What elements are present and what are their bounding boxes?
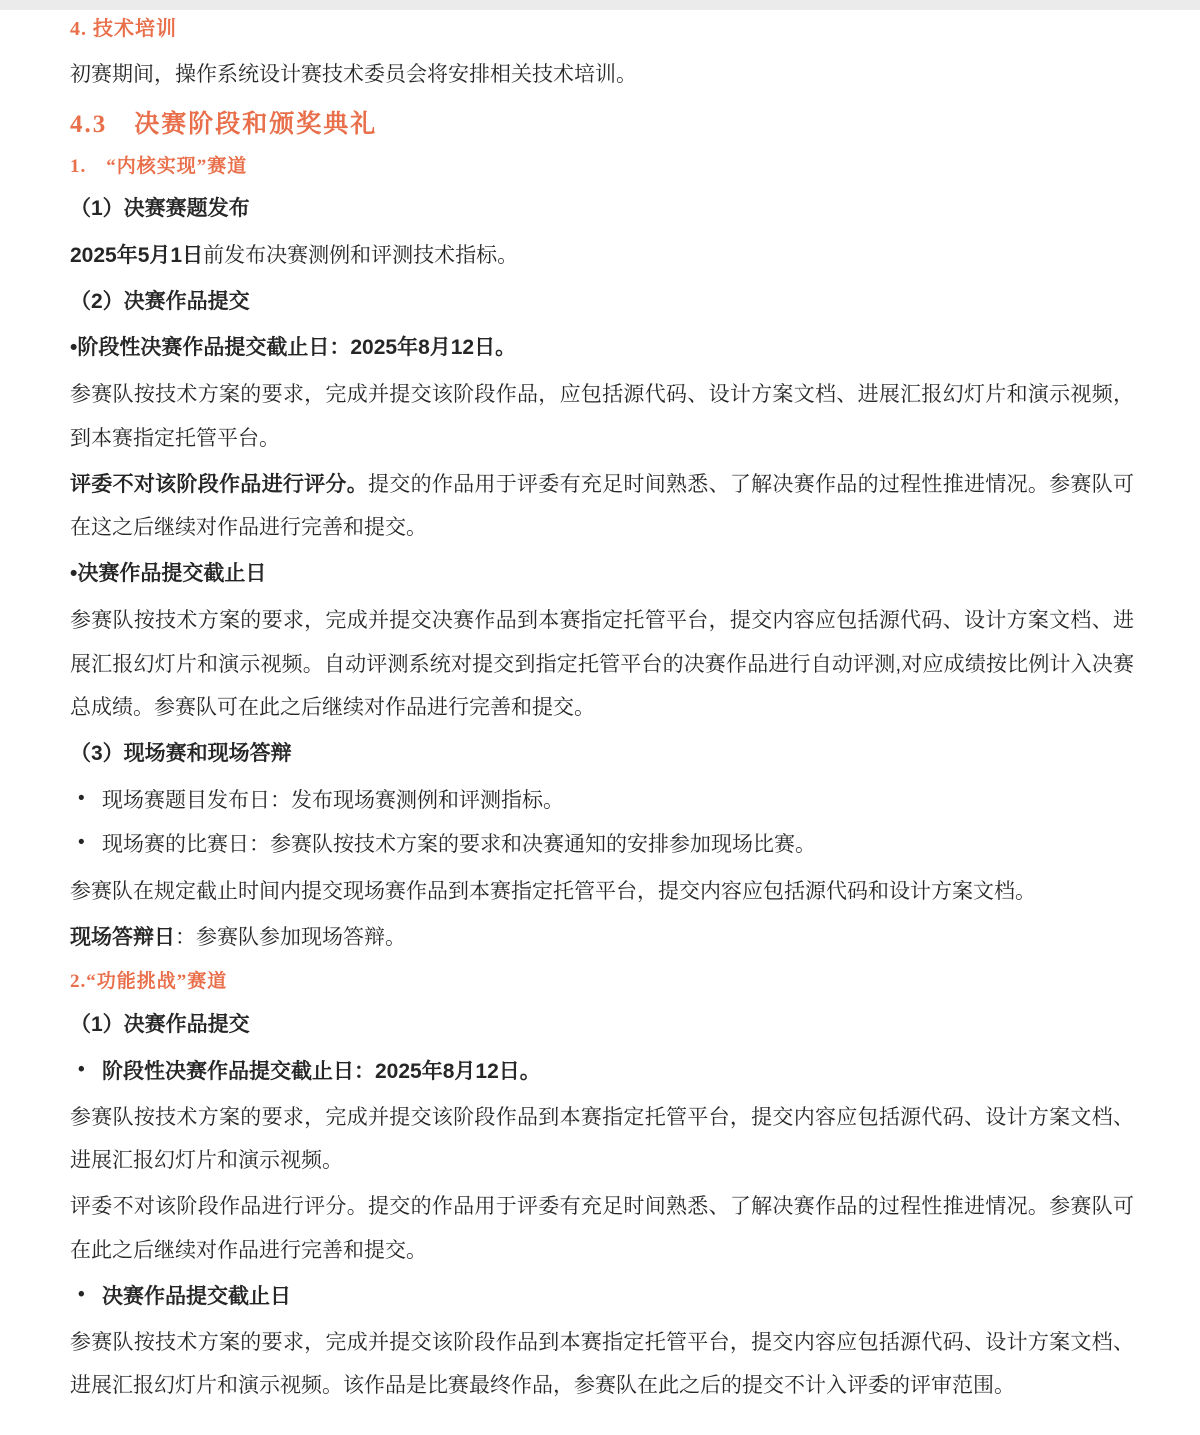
subhead-onsite-defense: （3）现场赛和现场答辩: [70, 733, 1134, 775]
no-grading-bold: 评委不对该阶段作品进行评分。: [70, 473, 368, 496]
subhead-final-submission-t2: （1）决赛作品提交: [70, 1004, 1134, 1046]
subhead-final-topic-release: （1）决赛赛题发布: [70, 188, 1134, 230]
bullet-icon: •: [70, 823, 102, 862]
paragraph-final-submission-t1: 参赛队按技术方案的要求，完成并提交决赛作品到本赛指定托管平台，提交内容应包括源代…: [70, 599, 1134, 729]
paragraph-onsite-submission: 参赛队在规定截止时间内提交现场赛作品到本赛指定托管平台，提交内容应包括源代码和设…: [70, 870, 1134, 913]
subhead-final-submission: （2）决赛作品提交: [70, 281, 1134, 323]
heading-section-4: 4. 技术培训: [70, 14, 1134, 45]
bullet-item-onsite-matchday: • 现场赛的比赛日：参赛队按技术方案的要求和决赛通知的安排参加现场比赛。: [70, 823, 1134, 866]
paragraph-stage-submission-t2: 参赛队按技术方案的要求，完成并提交该阶段作品到本赛指定托管平台，提交内容应包括源…: [70, 1096, 1134, 1183]
paragraph-stage-submission-t1: 参赛队按技术方案的要求，完成并提交该阶段作品，应包括源代码、设计方案文档、进展汇…: [70, 373, 1134, 460]
paragraph-defense-day: 现场答辩日：参赛队参加现场答辩。: [70, 916, 1134, 959]
paragraph-no-grading-t1: 评委不对该阶段作品进行评分。提交的作品用于评委有充足时间熟悉、了解决赛作品的过程…: [70, 463, 1134, 550]
release-date-bold: 2025年5月1日: [70, 244, 203, 267]
subhead-final-deadline-t1: •决赛作品提交截止日: [70, 553, 1134, 595]
heading-track-kernel: 1. “内核实现”赛道: [70, 152, 1134, 182]
heading-section-4-3: 4.3 决赛阶段和颁奖典礼: [70, 106, 1134, 144]
bullet-text: 决赛作品提交截止日: [102, 1275, 291, 1318]
bullet-text: 阶段性决赛作品提交截止日：2025年8月12日。: [102, 1050, 541, 1093]
paragraph-release-date: 2025年5月1日前发布决赛测例和评测技术指标。: [70, 234, 1134, 277]
paragraph-training: 初赛期间，操作系统设计赛技术委员会将安排相关技术培训。: [70, 53, 1134, 96]
top-divider: [0, 0, 1200, 10]
heading-track-challenge: 2.“功能挑战”赛道: [70, 967, 1134, 997]
bullet-item-onsite-release: • 现场赛题目发布日：发布现场赛测例和评测指标。: [70, 779, 1134, 822]
defense-day-bold: 现场答辩日: [70, 926, 175, 949]
bullet-item-stage-deadline-t2: • 阶段性决赛作品提交截止日：2025年8月12日。: [70, 1050, 1134, 1093]
bullet-icon: •: [70, 779, 102, 818]
bullet-icon: •: [70, 1050, 102, 1089]
defense-day-rest: ：参赛队参加现场答辩。: [175, 926, 406, 949]
document-page: 4. 技术培训 初赛期间，操作系统设计赛技术委员会将安排相关技术培训。 4.3 …: [0, 0, 1200, 1435]
bullet-text: 现场赛题目发布日：发布现场赛测例和评测指标。: [102, 779, 564, 822]
bullet-icon: •: [70, 1275, 102, 1314]
bullet-text: 现场赛的比赛日：参赛队按技术方案的要求和决赛通知的安排参加现场比赛。: [102, 823, 816, 866]
paragraph-no-grading-t2: 评委不对该阶段作品进行评分。提交的作品用于评委有充足时间熟悉、了解决赛作品的过程…: [70, 1185, 1134, 1272]
release-date-rest: 前发布决赛测例和评测技术指标。: [203, 244, 518, 267]
bullet-item-final-deadline-t2: • 决赛作品提交截止日: [70, 1275, 1134, 1318]
subhead-stage-deadline-t1: •阶段性决赛作品提交截止日：2025年8月12日。: [70, 327, 1134, 369]
document-body: 4. 技术培训 初赛期间，操作系统设计赛技术委员会将安排相关技术培训。 4.3 …: [0, 10, 1200, 1435]
paragraph-final-submission-t2: 参赛队按技术方案的要求，完成并提交该阶段作品到本赛指定托管平台，提交内容应包括源…: [70, 1321, 1134, 1408]
